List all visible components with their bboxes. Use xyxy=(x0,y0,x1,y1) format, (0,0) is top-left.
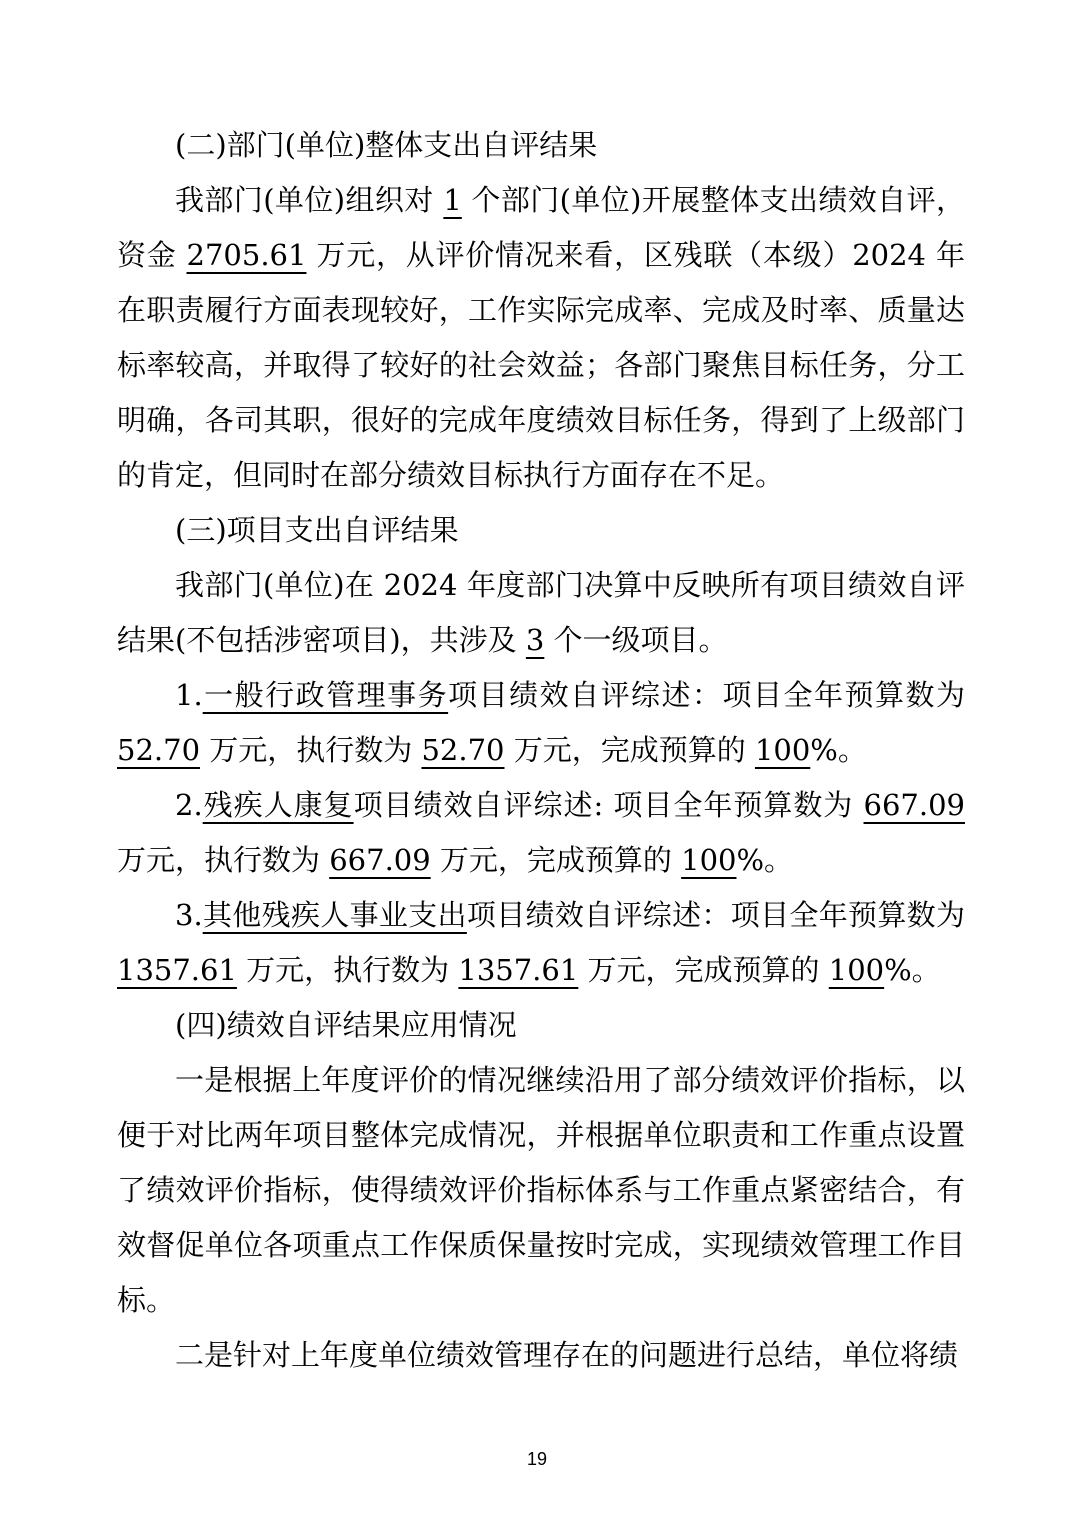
underlined-value: 52.70 xyxy=(117,733,200,767)
text-run: 万元，执行数为 xyxy=(237,953,458,987)
underlined-value: 1357.61 xyxy=(117,953,237,987)
underlined-value: 1 xyxy=(443,183,461,217)
underlined-value: 100 xyxy=(681,843,736,877)
paragraph: 我部门(单位)在 2024 年度部门决算中反映所有项目绩效自评结果(不包括涉密项… xyxy=(117,558,965,668)
text-run: 万元，完成预算的 xyxy=(505,733,755,767)
text-run: 万元，执行数为 xyxy=(117,843,329,877)
text-run: (四)绩效自评结果应用情况 xyxy=(175,1008,517,1042)
text-run: 我部门(单位)组织对 xyxy=(175,183,443,217)
text-run: 万元，执行数为 xyxy=(200,733,421,767)
paragraph: 1.一般行政管理事务项目绩效自评综述：项目全年预算数为 52.70 万元，执行数… xyxy=(117,668,965,778)
underlined-value: 3 xyxy=(526,623,544,657)
page-number: 19 xyxy=(0,1449,1074,1470)
underlined-value: 2705.61 xyxy=(187,238,307,272)
text-run: 项目绩效自评综述: 项目全年预算数为 xyxy=(354,788,864,822)
text-run: 项目绩效自评综述：项目全年预算数为 xyxy=(467,898,965,932)
document-page: (二)部门(单位)整体支出自评结果我部门(单位)组织对 1 个部门(单位)开展整… xyxy=(0,0,1074,1520)
paragraph: 一是根据上年度评价的情况继续沿用了部分绩效评价指标，以便于对比两年项目整体完成情… xyxy=(117,1053,965,1328)
underlined-value: 667.09 xyxy=(864,788,965,822)
text-run: 二是针对上年度单位绩效管理存在的问题进行总结，单位将绩 xyxy=(175,1338,958,1372)
underlined-value: 667.09 xyxy=(329,843,430,877)
underlined-value: 一般行政管理事务 xyxy=(203,678,448,712)
underlined-value: 52.70 xyxy=(421,733,504,767)
text-run: %。 xyxy=(737,843,794,877)
text-run: (二)部门(单位)整体支出自评结果 xyxy=(175,128,597,162)
text-run: %。 xyxy=(884,953,941,987)
underlined-value: 残疾人康复 xyxy=(203,788,354,822)
underlined-value: 100 xyxy=(755,733,810,767)
text-run: 项目绩效自评综述：项目全年预算数为 xyxy=(448,678,965,712)
paragraph: 3.其他残疾人事业支出项目绩效自评综述：项目全年预算数为 1357.61 万元，… xyxy=(117,888,965,998)
text-run: 一是根据上年度评价的情况继续沿用了部分绩效评价指标，以便于对比两年项目整体完成情… xyxy=(117,1063,965,1317)
underlined-value: 100 xyxy=(829,953,884,987)
text-run: 2. xyxy=(175,788,203,822)
underlined-value: 其他残疾人事业支出 xyxy=(203,898,467,932)
section-heading: (二)部门(单位)整体支出自评结果 xyxy=(117,118,965,173)
section-heading: (三)项目支出自评结果 xyxy=(117,503,965,558)
paragraph: 我部门(单位)组织对 1 个部门(单位)开展整体支出绩效自评，资金 2705.6… xyxy=(117,173,965,503)
paragraph: 二是针对上年度单位绩效管理存在的问题进行总结，单位将绩 xyxy=(117,1328,965,1383)
text-run: (三)项目支出自评结果 xyxy=(175,513,459,547)
text-run: %。 xyxy=(810,733,867,767)
text-run: 万元，从评价情况来看，区残联（本级）2024 年在职责履行方面表现较好，工作实际… xyxy=(117,238,965,492)
text-run: 1. xyxy=(175,678,203,712)
section-heading: (四)绩效自评结果应用情况 xyxy=(117,998,965,1053)
document-body: (二)部门(单位)整体支出自评结果我部门(单位)组织对 1 个部门(单位)开展整… xyxy=(117,118,965,1383)
text-run: 3. xyxy=(175,898,203,932)
paragraph: 2.残疾人康复项目绩效自评综述: 项目全年预算数为 667.09 万元，执行数为… xyxy=(117,778,965,888)
text-run: 个一级项目。 xyxy=(544,623,727,657)
underlined-value: 1357.61 xyxy=(458,953,578,987)
text-run: 万元，完成预算的 xyxy=(431,843,681,877)
text-run: 万元，完成预算的 xyxy=(578,953,828,987)
